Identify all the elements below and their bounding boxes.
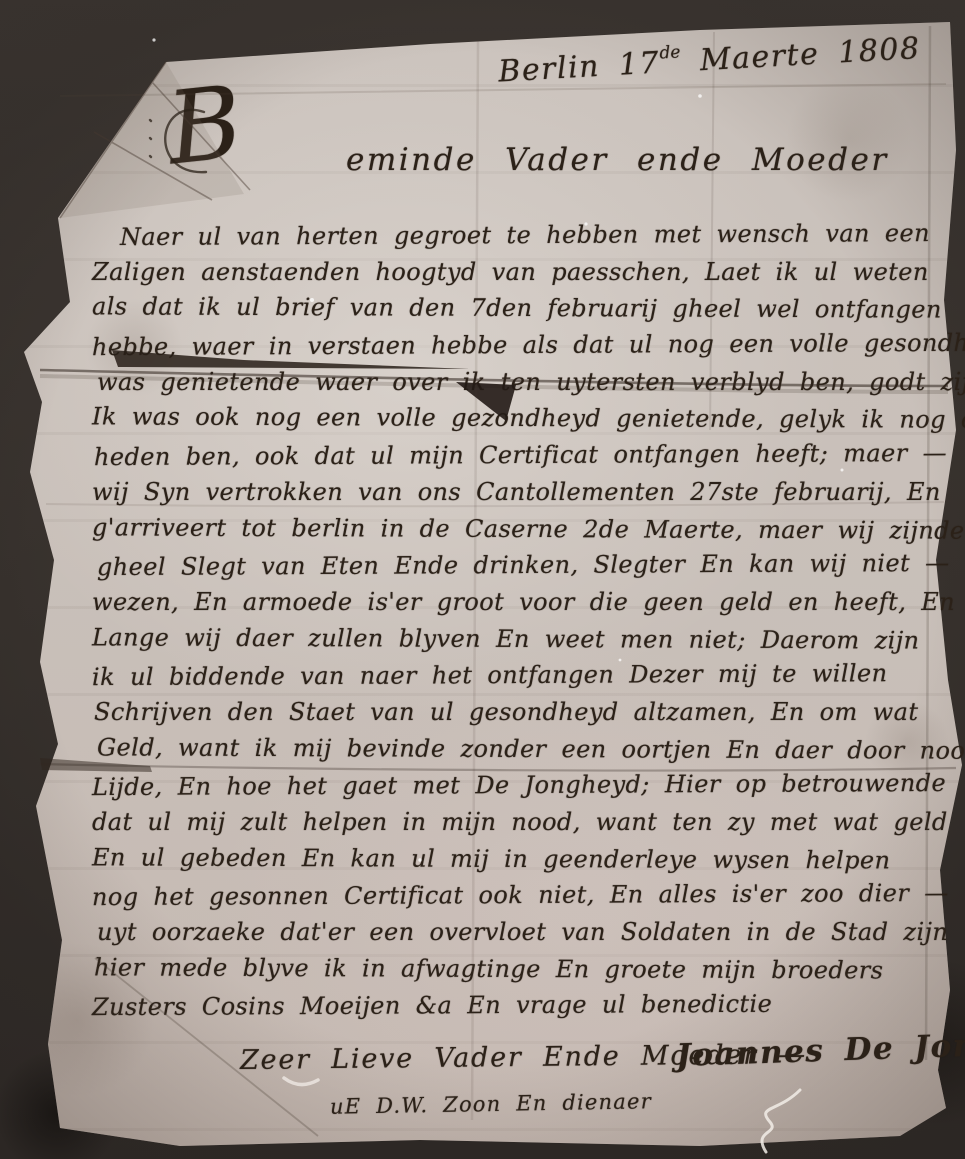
body-line: was genietende waer over ik ten uyterste… (97, 368, 952, 405)
letter-body: Naer ul van herten gegroet te hebben met… (92, 221, 952, 1028)
body-line: hebbe, waer in verstaen hebbe als dat ul… (92, 329, 952, 370)
dateline-superscript: de (659, 42, 681, 63)
body-line: g'arriveert tot berlin in de Caserne 2de… (92, 513, 952, 553)
body-line: ik ul biddende van naer het ontfangen De… (92, 659, 952, 700)
salutation: eminde Vader ende Moeder (346, 142, 889, 178)
body-line: heden ben, ook dat ul mijn Certificat on… (94, 439, 952, 480)
body-line: Ik was ook nog een volle gezondheyd geni… (92, 403, 952, 443)
body-line: wezen, En armoede is'er groot voor die g… (92, 588, 952, 625)
body-line: Lange wij daer zullen blyven En weet men… (92, 623, 952, 663)
body-line: dat ul mij zult helpen in mijn nood, wan… (92, 808, 952, 845)
body-line: hier mede blyve ik in afwagtinge En groe… (94, 953, 952, 993)
body-line: Schrijven den Staet van ul gesondheyd al… (94, 698, 952, 735)
body-line: Geld, want ik mij bevinde zonder een oor… (97, 733, 952, 773)
body-line: Zaligen aenstaenden hoogtyd van paessche… (92, 258, 952, 295)
body-line: Naer ul van herten gegroet te hebben met… (120, 219, 952, 260)
body-line: wij Syn vertrokken van ons Cantollemente… (92, 478, 952, 515)
body-line: Lijde, En hoe het gaet met De Jongheyd; … (92, 769, 952, 810)
body-line: En ul gebeden En kan ul mij in geenderle… (92, 843, 952, 883)
body-line: Zusters Cosins Moeijen &a En vrage ul be… (92, 989, 952, 1030)
body-line: nog het gesonnen Certificat ook niet, En… (92, 879, 952, 920)
salutation-initial: B (163, 72, 247, 179)
body-line: gheel Slegt van Eten Ende drinken, Slegt… (97, 549, 952, 590)
letter-photograph: Berlin 17de Maerte 1808 B eminde Vader e… (0, 0, 965, 1159)
body-line: als dat ik ul brief van den 7den februar… (92, 293, 952, 333)
body-line: uyt oorzaeke dat'er een overvloet van So… (97, 918, 952, 955)
